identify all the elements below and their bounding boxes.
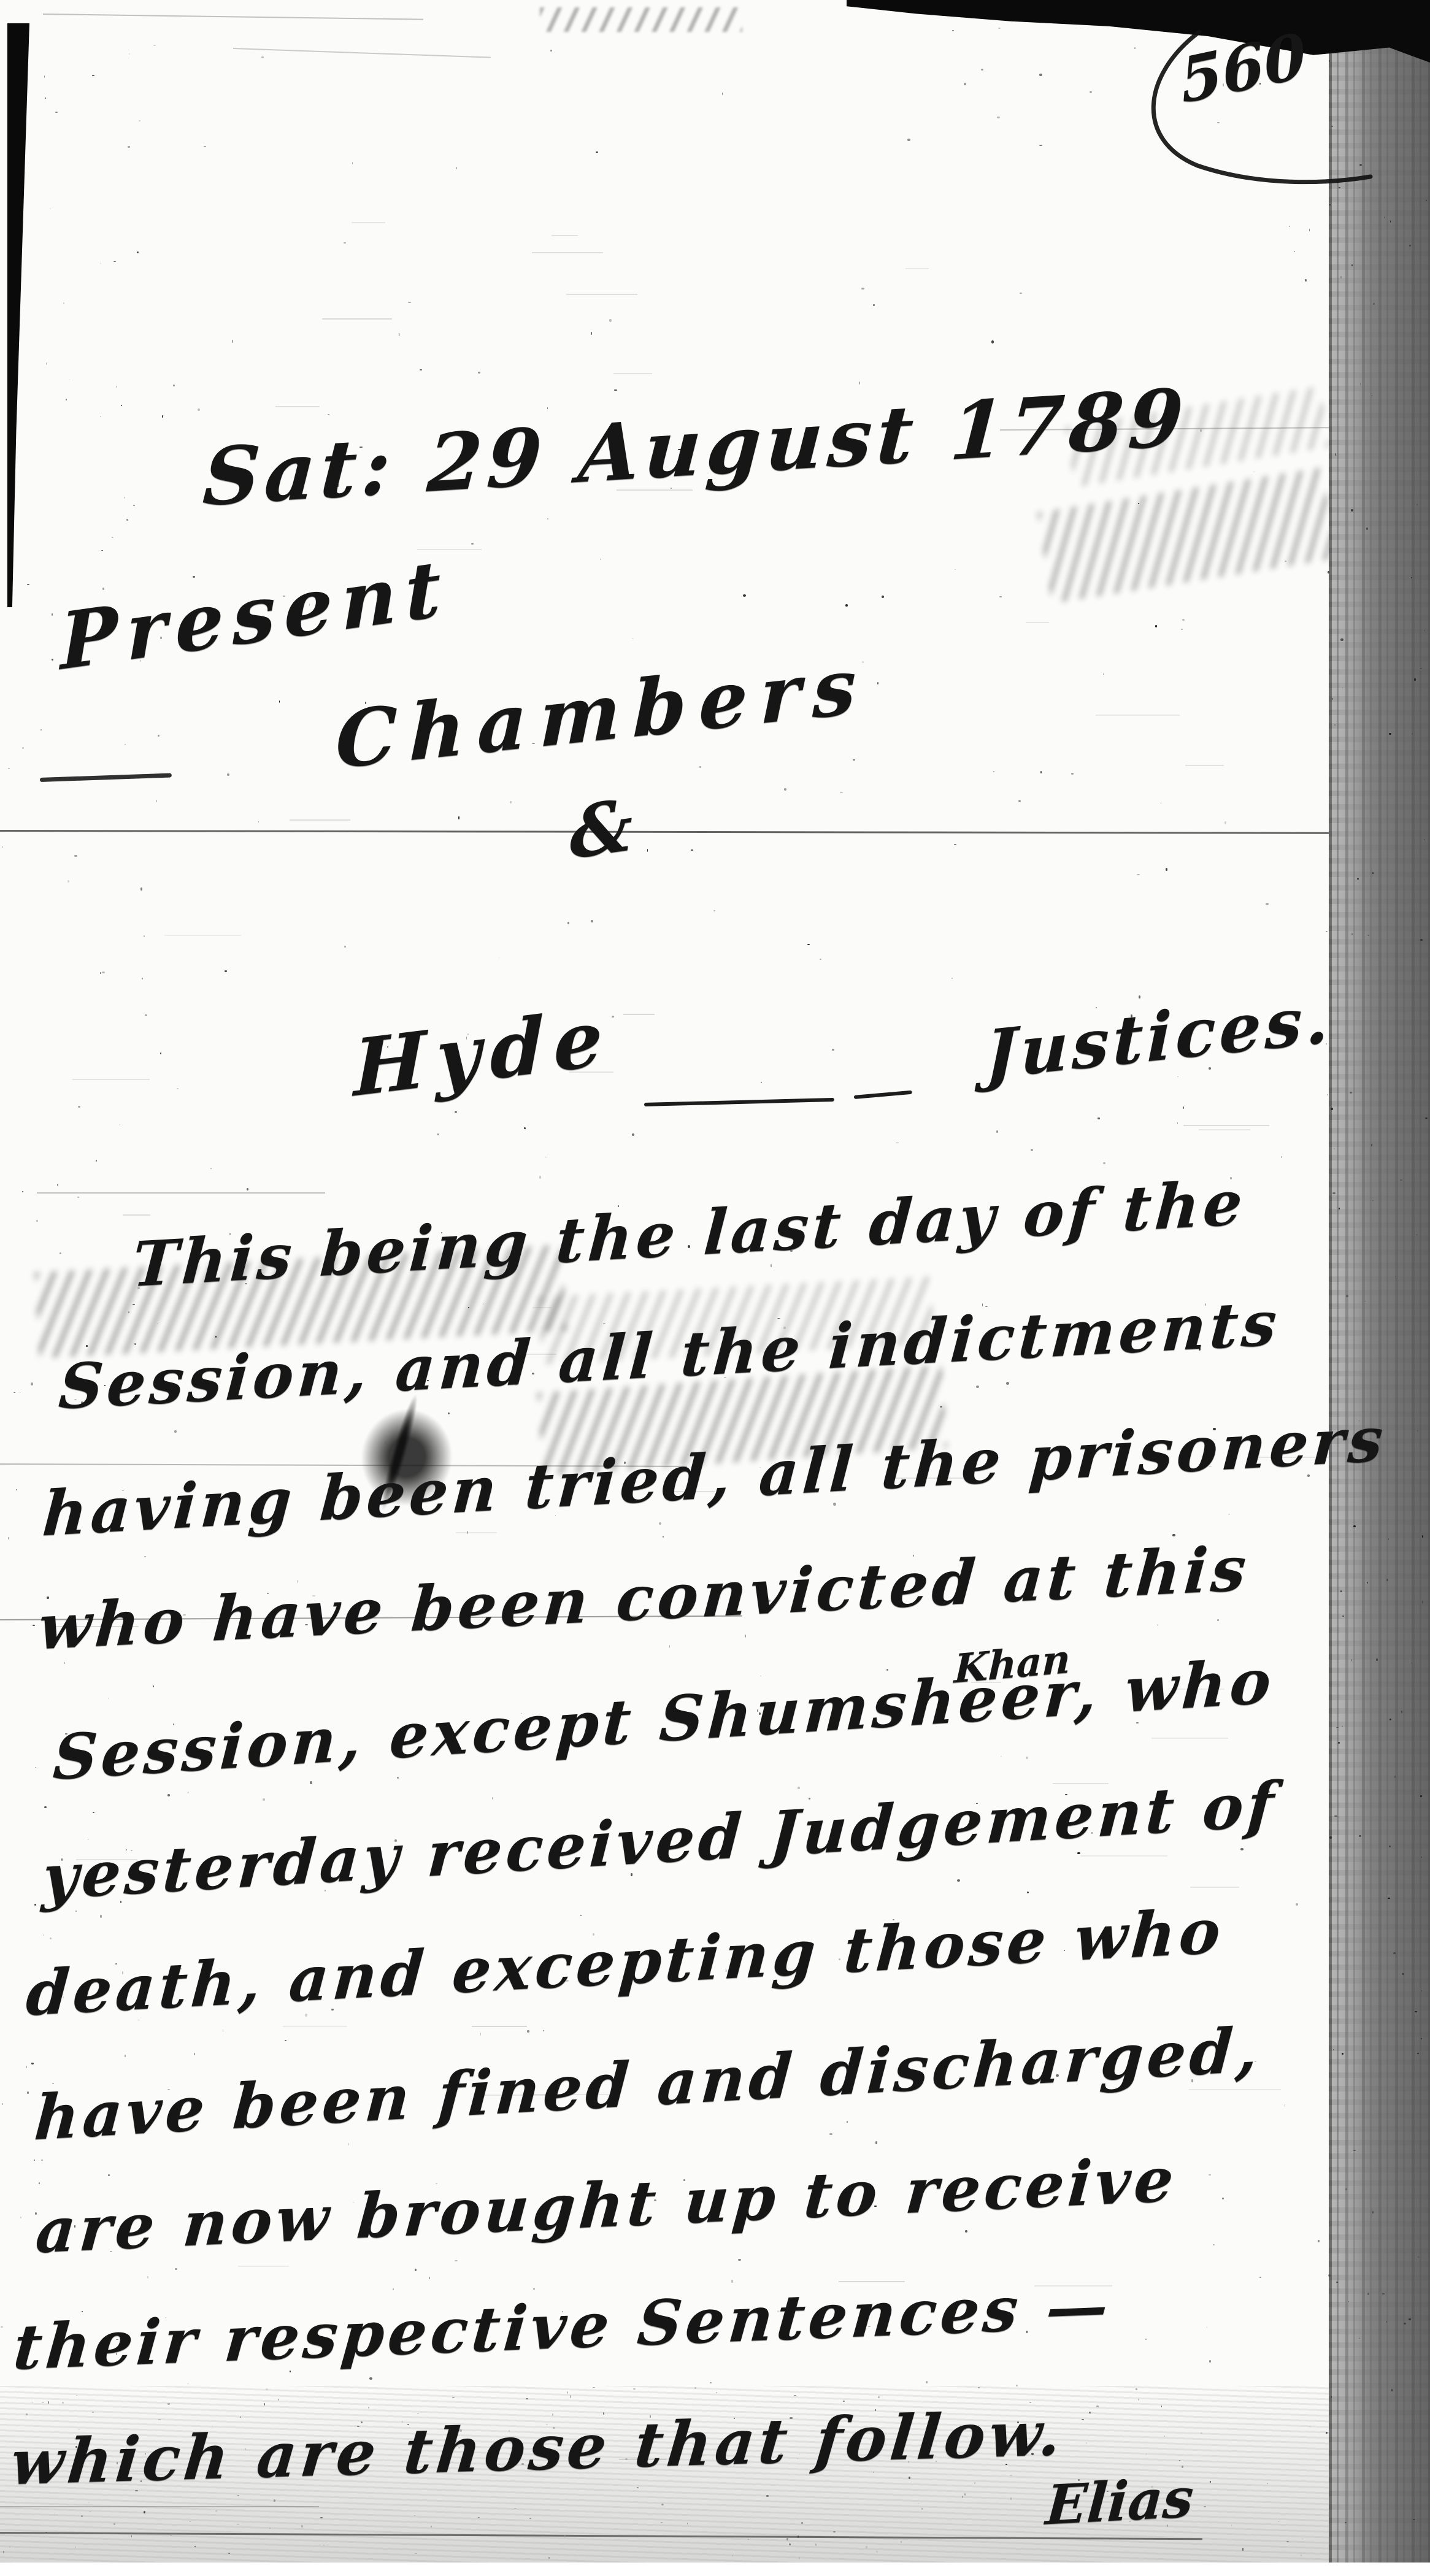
speck xyxy=(2,2103,3,2105)
speck xyxy=(35,2212,37,2215)
speck xyxy=(1351,509,1353,512)
speck xyxy=(247,1188,248,1190)
scan-micro-dash xyxy=(1080,1855,1168,1857)
speck xyxy=(478,2517,480,2518)
speck xyxy=(1103,1162,1105,1165)
speck xyxy=(539,1176,541,1179)
scan-micro-dash xyxy=(623,1014,655,1015)
speck xyxy=(50,1938,52,1939)
speck xyxy=(593,2387,595,2388)
speck xyxy=(100,1915,102,1918)
speck xyxy=(1147,2453,1147,2455)
speck xyxy=(901,2541,902,2543)
speck xyxy=(1209,2360,1211,2362)
speck xyxy=(158,2419,161,2420)
speck xyxy=(896,1143,899,1144)
speck xyxy=(743,594,746,597)
speck xyxy=(1209,2174,1211,2175)
manuscript-page-scan: 560 Sat: 29 August 1789 Present Chambers… xyxy=(0,0,1430,2576)
speck xyxy=(153,1685,154,1687)
speck xyxy=(1372,2211,1374,2214)
speck xyxy=(121,405,122,406)
speck xyxy=(8,768,10,769)
speck xyxy=(1222,2198,1224,2199)
speck xyxy=(659,1522,661,1525)
speck xyxy=(1342,2053,1344,2055)
present-label: Present xyxy=(60,542,450,688)
speck xyxy=(1018,800,1021,802)
speck xyxy=(34,1904,37,1906)
speck xyxy=(1421,1857,1422,1858)
justices-label: Justices. xyxy=(985,980,1332,1094)
speck xyxy=(133,505,135,506)
speck xyxy=(69,380,71,380)
speck xyxy=(100,972,101,973)
speck xyxy=(167,1794,171,1796)
speck xyxy=(77,1197,79,1198)
speck xyxy=(766,2495,769,2497)
speck xyxy=(13,1392,16,1393)
speck xyxy=(1359,2338,1360,2339)
speck xyxy=(1340,276,1342,278)
speck xyxy=(45,2532,47,2532)
body-line: Session, except Shumsheer, who xyxy=(51,1644,1276,1794)
scan-micro-dash xyxy=(1199,1129,1250,1130)
speck xyxy=(1328,2274,1331,2277)
ampersand-mark: & xyxy=(568,783,634,875)
speck xyxy=(815,2543,817,2546)
speck xyxy=(468,1307,469,1308)
speck xyxy=(799,2557,801,2559)
speck xyxy=(614,389,617,391)
scratch-line xyxy=(0,2506,319,2507)
speck xyxy=(731,2280,734,2282)
speck xyxy=(1391,2389,1393,2391)
speck xyxy=(609,319,612,322)
speck xyxy=(570,2395,571,2398)
speck xyxy=(1201,2432,1202,2433)
speck xyxy=(1266,903,1269,905)
speck xyxy=(1417,1430,1418,1432)
speck xyxy=(397,1777,399,1778)
speck xyxy=(188,2383,188,2385)
speck xyxy=(991,340,994,343)
speck xyxy=(67,880,69,883)
scan-margin-bottom xyxy=(0,2563,1430,2576)
scan-micro-dash xyxy=(532,252,603,253)
speck xyxy=(96,1160,97,1162)
speck xyxy=(1138,503,1140,504)
speck xyxy=(1031,1149,1033,1151)
speck xyxy=(1204,2506,1206,2507)
speck xyxy=(36,1220,38,1222)
bleed-through-mark xyxy=(1037,467,1337,604)
speck xyxy=(1389,1846,1391,1847)
speck xyxy=(1213,2244,1215,2246)
speck xyxy=(1137,874,1140,875)
scan-micro-dash xyxy=(123,1214,150,1216)
speck xyxy=(40,729,42,730)
speck xyxy=(22,747,24,749)
speck xyxy=(996,1130,998,1132)
speck xyxy=(632,638,634,639)
speck xyxy=(167,2403,170,2405)
speck xyxy=(873,304,875,306)
scan-micro-dash xyxy=(1151,1738,1228,1739)
speck xyxy=(492,1797,493,1800)
scan-micro-dash xyxy=(290,819,350,821)
speck xyxy=(1177,1076,1179,1077)
speck xyxy=(26,2066,27,2068)
speck xyxy=(157,1324,158,1324)
speck xyxy=(393,2288,394,2290)
speck xyxy=(1329,892,1331,894)
speck xyxy=(2,846,3,848)
speck xyxy=(976,1386,979,1389)
speck xyxy=(691,849,693,851)
speck xyxy=(1373,303,1374,305)
speck xyxy=(1285,2104,1286,2107)
pen-dash-mark xyxy=(40,773,172,781)
speck xyxy=(632,1133,634,1137)
speck xyxy=(1145,2339,1147,2340)
scan-micro-dash xyxy=(238,2266,289,2267)
speck xyxy=(27,2091,29,2093)
speck xyxy=(761,1082,762,1084)
body-line: This being the last day of the xyxy=(130,1166,1248,1301)
speck xyxy=(369,2377,372,2380)
speck xyxy=(60,1252,61,1254)
speck xyxy=(131,2535,132,2537)
speck xyxy=(1334,1148,1335,1149)
speck xyxy=(567,922,569,924)
speck xyxy=(158,735,160,737)
speck xyxy=(1139,995,1140,999)
speck xyxy=(34,2160,35,2161)
speck xyxy=(1071,773,1074,774)
speck xyxy=(100,416,101,417)
body-line: their respective Sentences — xyxy=(11,2269,1115,2383)
speck xyxy=(1016,2385,1017,2386)
speck xyxy=(1342,1616,1344,1616)
speck xyxy=(274,2499,276,2501)
scan-micro-dash xyxy=(1183,1125,1269,1126)
speck xyxy=(142,978,143,979)
speck xyxy=(144,1556,145,1557)
speck xyxy=(33,1625,35,1626)
speck xyxy=(198,408,200,412)
speck xyxy=(694,2387,696,2389)
speck xyxy=(1097,1117,1100,1119)
speck xyxy=(1425,1117,1428,1119)
ruled-line xyxy=(0,830,1374,834)
speck xyxy=(962,2496,963,2498)
speck xyxy=(1181,629,1183,629)
speck xyxy=(1158,1624,1159,1627)
speck xyxy=(882,596,884,598)
speck xyxy=(1027,1892,1029,1893)
speck xyxy=(965,2230,967,2233)
speck xyxy=(162,415,163,418)
speck xyxy=(174,1430,177,1433)
speck xyxy=(1006,1382,1009,1385)
speck xyxy=(661,2504,664,2505)
speck xyxy=(499,957,500,959)
speck xyxy=(1393,1952,1396,1954)
speck xyxy=(699,766,701,768)
speck xyxy=(1401,1711,1402,1712)
speck xyxy=(1424,630,1425,631)
speck xyxy=(1161,802,1161,804)
speck xyxy=(548,2557,550,2559)
speck xyxy=(279,700,280,702)
speck xyxy=(745,1635,746,1638)
speck xyxy=(1166,868,1167,871)
speck xyxy=(1389,733,1391,735)
speck xyxy=(264,2403,265,2405)
speck xyxy=(829,2133,832,2135)
speck xyxy=(102,972,105,973)
speck xyxy=(1103,673,1104,675)
scan-micro-dash xyxy=(472,2026,527,2027)
speck xyxy=(237,2495,239,2497)
speck xyxy=(160,1052,161,1054)
speck xyxy=(20,1392,20,1393)
speck xyxy=(188,1792,188,1794)
speck xyxy=(1040,771,1042,773)
speck xyxy=(1371,1144,1372,1146)
body-line: death, and excepting those who xyxy=(24,1895,1226,2030)
speck xyxy=(93,1812,95,1813)
speck xyxy=(385,1442,386,1445)
long-dash-stroke xyxy=(644,1098,834,1106)
speck xyxy=(1422,1601,1423,1603)
speck xyxy=(784,788,786,791)
speck xyxy=(448,1413,449,1414)
speck xyxy=(63,302,64,304)
speck xyxy=(16,1489,17,1490)
speck xyxy=(1400,1179,1402,1181)
speck xyxy=(156,800,157,802)
speck xyxy=(177,1088,179,1089)
speck xyxy=(415,2269,417,2271)
speck xyxy=(125,2055,125,2057)
speck xyxy=(1346,1295,1348,1297)
speck xyxy=(1326,2432,1328,2434)
speck xyxy=(1366,527,1369,529)
speck xyxy=(1404,2323,1406,2325)
speck xyxy=(1402,1973,1404,1975)
speck xyxy=(1136,2388,1137,2391)
speck xyxy=(1382,2293,1384,2294)
speck xyxy=(1026,1757,1028,1759)
speck xyxy=(266,2388,268,2390)
speck xyxy=(533,2288,535,2290)
scan-micro-dash xyxy=(275,406,320,407)
scan-micro-dash xyxy=(1185,765,1224,766)
speck xyxy=(20,2217,21,2218)
speck xyxy=(820,959,821,960)
speck xyxy=(1309,2426,1310,2427)
speck xyxy=(801,2522,803,2524)
body-line: have been fined and discharged, xyxy=(33,2013,1264,2154)
judge-name-hyde: Hyde xyxy=(354,991,612,1114)
speck xyxy=(147,2276,148,2278)
speck xyxy=(1207,2326,1207,2328)
scratch-line xyxy=(37,1192,325,1194)
speck xyxy=(1224,821,1226,824)
speck xyxy=(1416,1235,1417,1235)
speck xyxy=(258,821,259,823)
speck xyxy=(1414,678,1415,681)
speck xyxy=(78,1106,80,1107)
judge-name-chambers: Chambers xyxy=(335,639,869,786)
speck xyxy=(420,369,423,370)
speck xyxy=(1328,1094,1328,1095)
speck xyxy=(957,1879,960,1881)
speck xyxy=(64,1662,65,1664)
speck xyxy=(101,550,102,551)
speck xyxy=(8,1537,9,1539)
speck xyxy=(545,1157,546,1157)
speck xyxy=(921,2508,922,2510)
speck xyxy=(225,970,227,972)
speck xyxy=(227,773,229,776)
speck xyxy=(999,596,1002,597)
speck xyxy=(637,2487,639,2488)
speck xyxy=(527,2030,529,2033)
speck xyxy=(861,288,864,290)
speck xyxy=(66,399,67,401)
speck xyxy=(26,2413,28,2415)
speck xyxy=(310,1781,313,1784)
speck xyxy=(31,2063,34,2064)
speck xyxy=(478,372,480,374)
speck xyxy=(408,302,411,303)
speck xyxy=(120,1124,120,1126)
speck xyxy=(112,537,113,538)
speck xyxy=(1301,2555,1301,2556)
speck xyxy=(140,887,142,890)
speck xyxy=(1182,619,1185,621)
speck xyxy=(76,2395,77,2396)
scan-micro-dash xyxy=(1190,1887,1239,1888)
speck xyxy=(1329,1836,1332,1839)
scan-micro-dash xyxy=(72,1079,150,1080)
speck xyxy=(940,1406,942,1408)
speck xyxy=(1420,939,1423,941)
scan-micro-dash xyxy=(532,1307,552,1308)
speck xyxy=(1294,251,1295,252)
speck xyxy=(1177,1122,1178,1124)
speck xyxy=(1386,2321,1386,2322)
speck xyxy=(647,849,648,852)
speck xyxy=(951,978,953,979)
speck xyxy=(263,1798,265,1800)
speck xyxy=(480,2033,481,2036)
speck xyxy=(52,659,53,661)
speck xyxy=(113,2523,115,2525)
speck xyxy=(807,944,810,945)
speck xyxy=(1240,1848,1244,1850)
speck xyxy=(1001,1756,1002,1757)
binding-gutter-shadow xyxy=(1329,0,1430,2564)
speck xyxy=(524,1127,526,1129)
speck xyxy=(993,771,994,772)
speck xyxy=(113,261,116,263)
speck xyxy=(875,2141,877,2144)
speck xyxy=(194,2053,194,2055)
speck xyxy=(1422,1535,1423,1538)
speck xyxy=(866,2546,867,2548)
speck xyxy=(1345,2188,1347,2190)
speck xyxy=(48,2401,49,2404)
speck xyxy=(46,362,47,365)
speck xyxy=(31,1382,33,1385)
speck xyxy=(1296,1903,1298,1906)
speck xyxy=(458,816,459,819)
scan-micro-dash xyxy=(164,935,241,936)
speck xyxy=(547,407,548,409)
speck xyxy=(92,2412,94,2413)
speck xyxy=(732,2555,732,2556)
speck xyxy=(74,855,77,857)
speck xyxy=(455,1111,457,1113)
speck xyxy=(1421,2038,1422,2039)
short-dash-stroke xyxy=(854,1091,912,1099)
scan-micro-dash xyxy=(1026,622,1049,623)
speck xyxy=(437,1133,439,1135)
speck xyxy=(344,946,346,948)
speck xyxy=(798,1787,800,1789)
speck xyxy=(974,2482,975,2484)
speck xyxy=(591,920,593,922)
speck xyxy=(955,569,956,570)
speck xyxy=(1155,625,1157,627)
speck xyxy=(429,2277,431,2279)
speck xyxy=(1305,279,1307,282)
speck xyxy=(1340,1590,1342,1592)
speck xyxy=(368,2407,369,2409)
speck xyxy=(1359,1835,1361,1836)
speck xyxy=(41,2160,43,2161)
speck xyxy=(580,1915,582,1916)
speck xyxy=(716,2392,717,2393)
speck xyxy=(847,2121,847,2122)
speck xyxy=(101,263,101,264)
speck xyxy=(1200,429,1202,431)
speck xyxy=(1,2326,3,2328)
speck xyxy=(134,1343,137,1345)
speck xyxy=(1342,1726,1343,1727)
speck xyxy=(1368,935,1369,936)
speck xyxy=(1089,2412,1090,2413)
speck xyxy=(43,1934,44,1936)
speck xyxy=(853,759,855,760)
speck xyxy=(669,1645,670,1647)
speck xyxy=(1077,1852,1080,1853)
scan-micro-dash xyxy=(905,268,929,269)
speck xyxy=(399,333,399,336)
speck xyxy=(1318,2240,1320,2242)
speck xyxy=(145,1014,147,1016)
speck xyxy=(126,519,128,521)
speck xyxy=(1334,1815,1337,1817)
speck xyxy=(1301,2539,1304,2540)
speck xyxy=(108,2174,110,2176)
speck xyxy=(137,251,139,253)
speck xyxy=(1409,2318,1410,2320)
